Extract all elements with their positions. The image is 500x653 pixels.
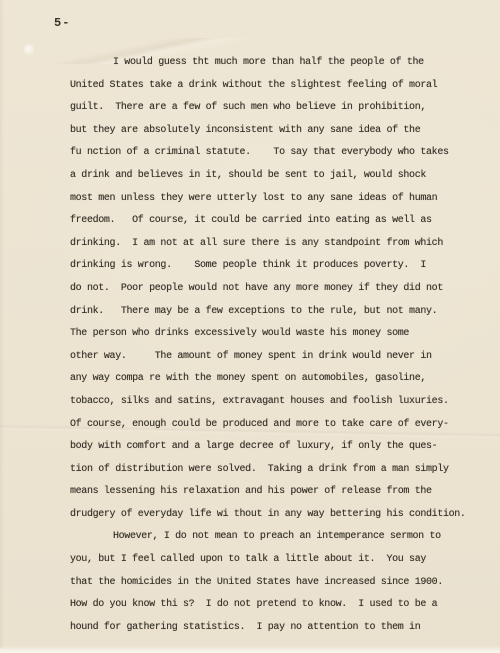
text-line: drinking. I am not at all sure there is … bbox=[70, 233, 472, 256]
text-line: I would guess tht much more than half th… bbox=[70, 52, 472, 75]
text-line: do not. Poor people would not have any m… bbox=[70, 278, 472, 301]
text-line: most men unless they were utterly lost t… bbox=[70, 188, 472, 211]
text-line: drink. There may be a few exceptions to … bbox=[70, 301, 472, 324]
paper-bottom-edge bbox=[0, 646, 500, 653]
text-line: other way. The amount of money spent in … bbox=[70, 346, 472, 369]
document-page: 5- I would guess tht much more than half… bbox=[0, 0, 500, 653]
text-line: drinking is wrong. Some people think it … bbox=[70, 255, 472, 278]
text-line: a drink and believes in it, should be se… bbox=[70, 165, 472, 188]
text-line: freedom. Of course, it could be carried … bbox=[70, 210, 472, 233]
text-line: that the homicides in the United States … bbox=[70, 572, 472, 595]
document-body: I would guess tht much more than half th… bbox=[70, 52, 472, 639]
text-line: However, I do not mean to preach an inte… bbox=[70, 526, 472, 549]
text-line: How do you know thi s? I do not pretend … bbox=[70, 594, 472, 617]
text-line: Of course, enough could be produced and … bbox=[70, 414, 472, 437]
text-line: body with comfort and a large decree of … bbox=[70, 436, 472, 459]
paper-spot bbox=[24, 44, 34, 55]
text-line: fu nction of a criminal statute. To say … bbox=[70, 142, 472, 165]
text-line: United States take a drink without the s… bbox=[70, 75, 472, 98]
text-line: drudgery of everyday life wi thout in an… bbox=[70, 504, 472, 527]
text-line: you, but I feel called upon to talk a li… bbox=[70, 549, 472, 572]
page-number: 5- bbox=[54, 16, 70, 30]
paper-left-edge bbox=[0, 0, 4, 653]
text-line: tion of distribution were solved. Taking… bbox=[70, 459, 472, 482]
text-line: tobacco, silks and satins, extravagant h… bbox=[70, 391, 472, 414]
text-line: guilt. There are a few of such men who b… bbox=[70, 97, 472, 120]
text-line: but they are absolutely inconsistent wit… bbox=[70, 120, 472, 143]
text-line: means lessening his relaxation and his p… bbox=[70, 481, 472, 504]
text-line: hound for gathering statistics. I pay no… bbox=[70, 617, 472, 640]
text-line: any way compa re with the money spent on… bbox=[70, 368, 472, 391]
text-line: The person who drinks excessively would … bbox=[70, 323, 472, 346]
